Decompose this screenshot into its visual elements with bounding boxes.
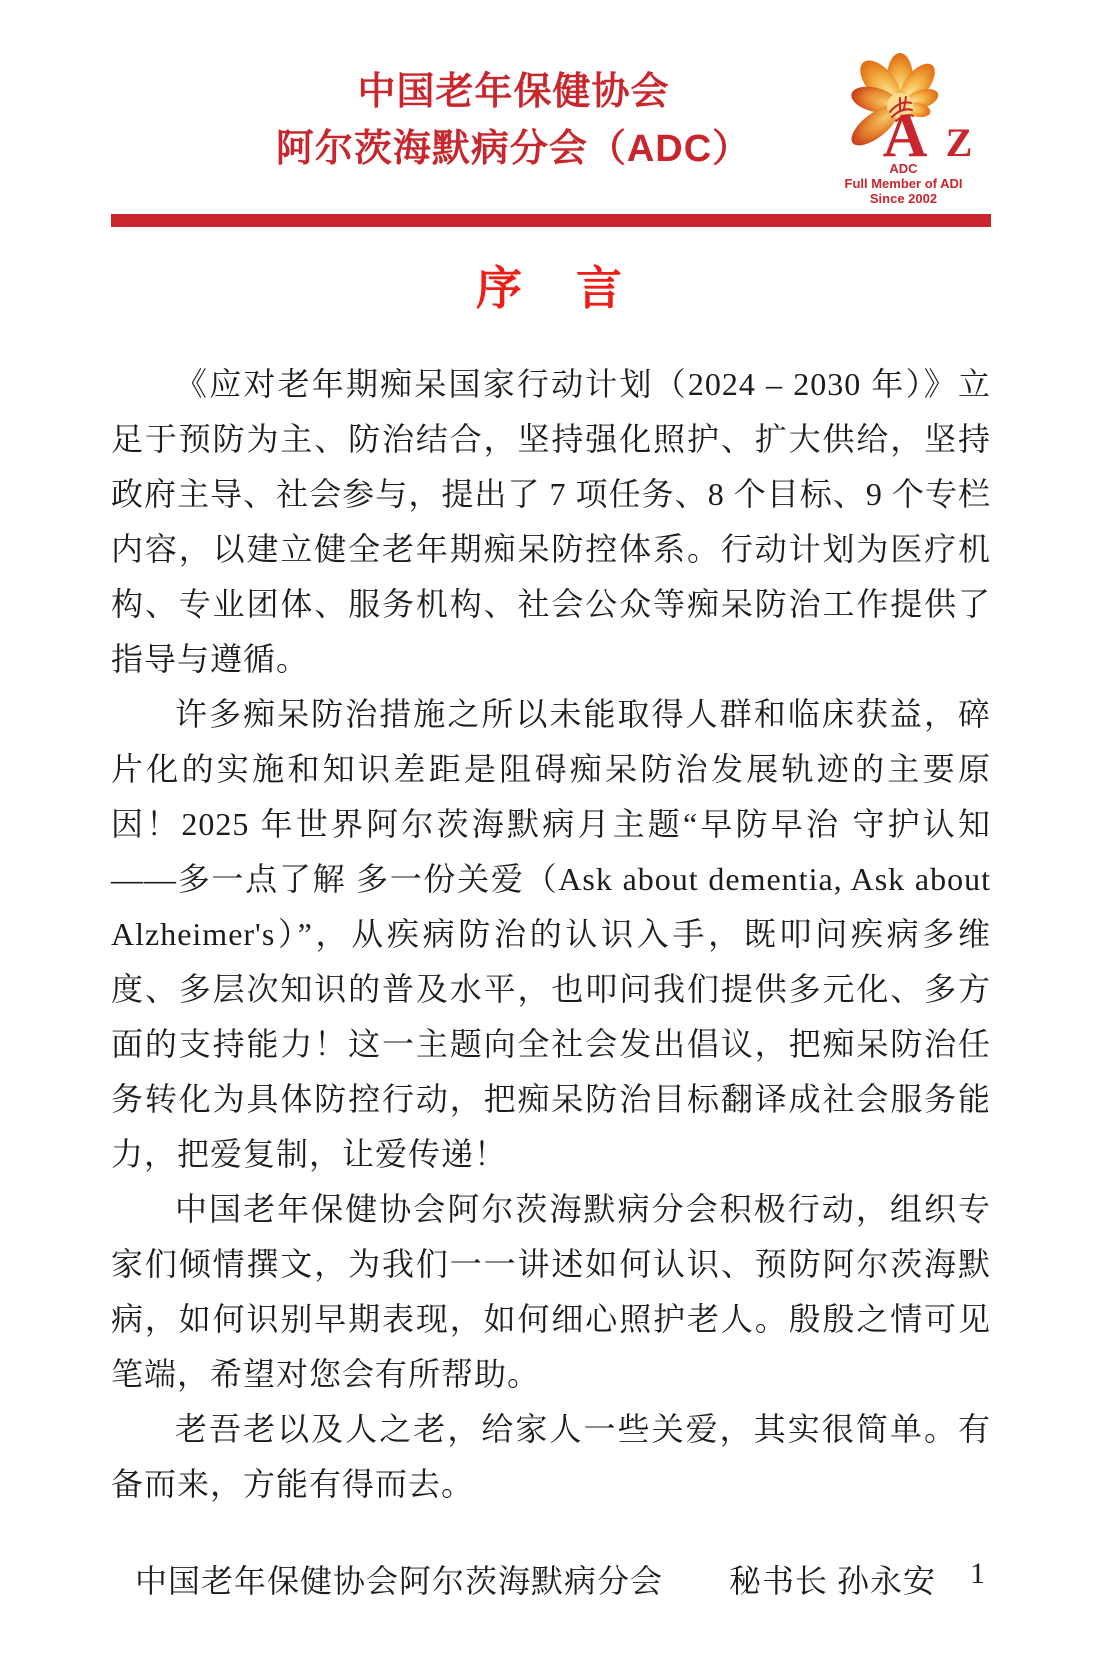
body-paragraph: 中国老年保健协会阿尔茨海默病分会积极行动，组织专家们倾情撰文，为我们一一讲述如何… (111, 1182, 991, 1402)
org-name-line1: 中国老年保健协会 (211, 64, 816, 121)
page-number: 1 (970, 1557, 985, 1591)
page-header: 中国老年保健协会 阿尔茨海默病分会（ADC） (111, 52, 991, 206)
logo-monogram-a: A (883, 102, 928, 160)
document-page: 中国老年保健协会 阿尔茨海默病分会（ADC） (0, 0, 1102, 1653)
signature-line: 中国老年保健协会阿尔茨海默病分会 秘书长 孙永安 (111, 1556, 991, 1602)
page-title: 序 言 (111, 263, 991, 315)
logo-caption-line2: Full Member of ADI (816, 176, 991, 191)
body-paragraph: 《应对老年期痴呆国家行动计划（2024 – 2030 年）》立足于预防为主、防治… (111, 357, 991, 687)
logo-caption: ADC Full Member of ADI Since 2002 (816, 161, 991, 206)
org-title-block: 中国老年保健协会 阿尔茨海默病分会（ADC） (111, 52, 816, 178)
adc-logo: A Z ADC Full Member of ADI Since 2002 (816, 52, 991, 206)
logo-monogram-z: Z (946, 120, 973, 160)
header-divider-bar (111, 214, 991, 227)
adc-flower-icon: A Z (816, 52, 991, 160)
logo-caption-line1: ADC (816, 161, 991, 176)
preface-body: 《应对老年期痴呆国家行动计划（2024 – 2030 年）》立足于预防为主、防治… (111, 357, 991, 1512)
org-name-line2: 阿尔茨海默病分会（ADC） (211, 121, 816, 178)
body-paragraph: 老吾老以及人之老，给家人一些关爱，其实很简单。有备而来，方能有得而去。 (111, 1402, 991, 1512)
logo-caption-line3: Since 2002 (816, 191, 991, 206)
body-paragraph: 许多痴呆防治措施之所以未能取得人群和临床获益，碎片化的实施和知识差距是阻碍痴呆防… (111, 687, 991, 1182)
